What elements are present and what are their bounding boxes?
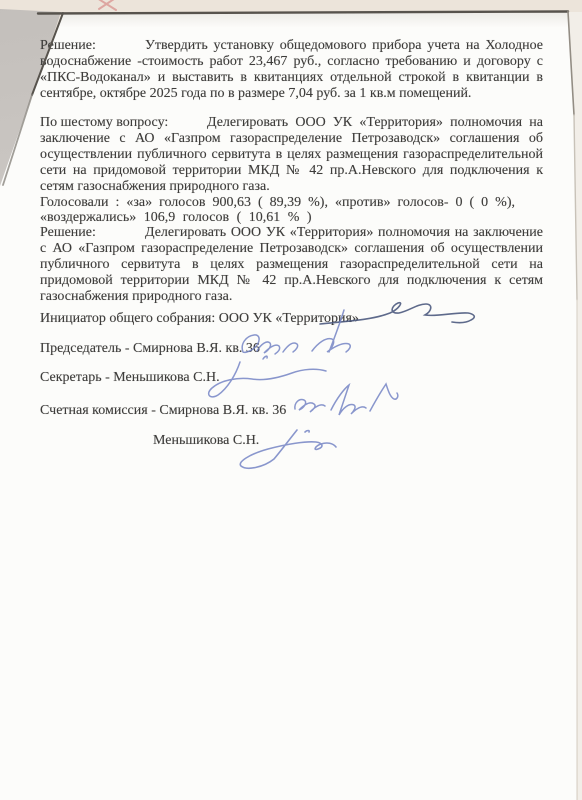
resolution-6-label: Решение: xyxy=(40,225,145,241)
counting-commission-member-line: Меньшикова С.Н. xyxy=(153,433,259,449)
scanned-document-page: Решение:Утвердить установку общедомового… xyxy=(0,0,582,800)
secretary-line: Секретарь - Меньшикова С.Н. xyxy=(40,370,220,386)
initiator-line: Инициатор общего собрания: ООО УК «Терри… xyxy=(40,311,359,327)
counting-commission-line: Счетная комиссия - Смирнова В.Я. кв. 36 xyxy=(40,403,286,419)
resolution-5-paragraph: Решение:Утвердить установку общедомового… xyxy=(40,38,543,102)
voting-results-line-2: «воздержались» 106,9 голосов ( 10,61 % ) xyxy=(40,210,312,225)
red-pen-mark xyxy=(97,0,116,10)
chairman-line: Председатель - Смирнова В.Я. кв. 36 xyxy=(40,341,260,357)
resolution-6-paragraph: Решение:Делегировать ООО УК «Территория»… xyxy=(40,225,543,305)
resolution-5-label: Решение: xyxy=(40,38,145,54)
question-6-paragraph: По шестому вопросу:Делегировать ООО УК «… xyxy=(40,115,543,195)
voting-results-line-1: Голосовали : «за» голосов 900,63 ( 89,39… xyxy=(40,195,515,210)
question-6-label: По шестому вопросу: xyxy=(40,115,207,131)
